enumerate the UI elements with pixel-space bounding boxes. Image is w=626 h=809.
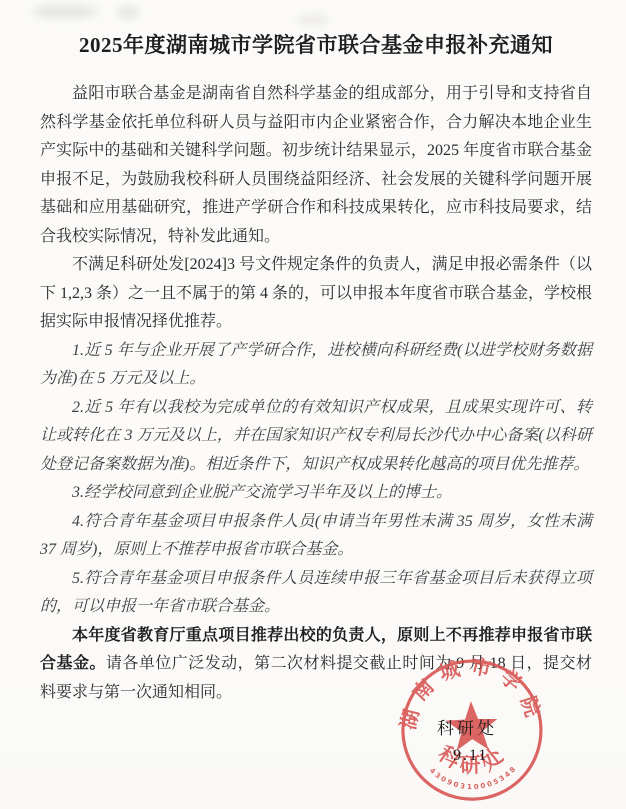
condition-item-4: 4.符合青年基金项目申报条件人员(申请当年男性未满 35 周岁，女性未满 37 … — [40, 508, 592, 565]
scanned-notice-page: 2025年度湖南城市学院省市联合基金申报补充通知 益阳市联合基金是湖南省自然科学… — [0, 0, 626, 809]
paragraph-conditions: 不满足科研处发[2024]3 号文件规定条件的负责人，满足申报必需条件（以下 1… — [40, 251, 592, 337]
paragraph-intro: 益阳市联合基金是湖南省自然科学基金的组成部分，用于引导和支持省自然科学基金依托单… — [40, 80, 592, 251]
condition-item-5: 5.符合青年基金项目申报条件人员连续申报三年省基金项目后未获得立项的，可以申报一… — [40, 565, 592, 622]
condition-item-3: 3.经学校同意到企业脱产交流学习半年及以上的博士。 — [40, 479, 592, 508]
condition-item-1: 1.近 5 年与企业开展了产学研合作，进校横向科研经费(以进学校财务数据为准)在… — [40, 337, 592, 394]
document-title: 2025年度湖南城市学院省市联合基金申报补充通知 — [40, 30, 592, 60]
seal-overlay-department: 科研处 — [437, 714, 497, 739]
document-body: 2025年度湖南城市学院省市联合基金申报补充通知 益阳市联合基金是湖南省自然科学… — [0, 0, 626, 707]
seal-overlay-date: 9.11 — [453, 747, 488, 765]
condition-item-2: 2.近 5 年有以我校为完成单位的有效知识产权成果，且成果实现许可、转让或转化在… — [40, 394, 592, 480]
